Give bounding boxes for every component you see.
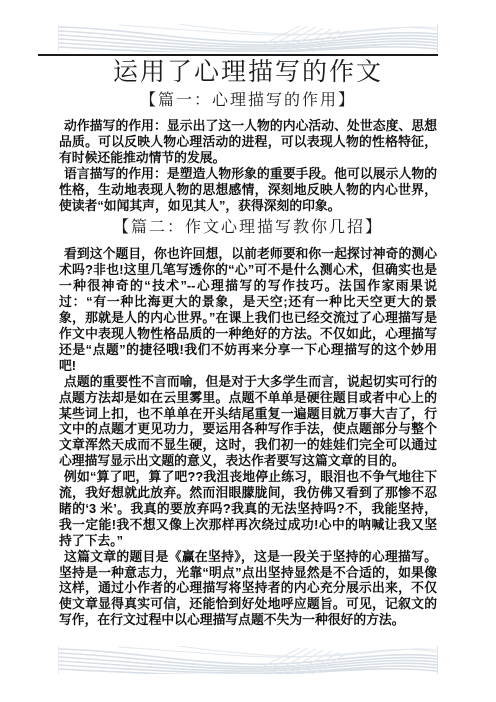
wave-lines-icon [59, 646, 437, 674]
header-rule [38, 54, 438, 56]
paragraph-intro: 看到这个题目，你也许回想，以前老师要和你一起探讨神奇的测心术吗?非也!这里几笔写… [59, 246, 437, 373]
document-title: 运用了心理描写的作文 [59, 57, 437, 89]
paragraph-speech-description: 语言描写的作用：是塑造人物形象的重要手段。他可以展示人物的性格，生动地表现人物的… [59, 166, 437, 214]
header-wave-decoration [58, 24, 438, 52]
paragraph-example-quote: 例如“算了吧，算了吧??我沮丧地停止练习，眼泪也不争气地往下流，我好想就此放弃。… [59, 469, 437, 549]
document-page: 运用了心理描写的作文 【篇一：心理描写的作用】 动作描写的作用：显示出了这一人物… [0, 0, 496, 702]
section1-heading: 【篇一：心理描写的作用】 [59, 90, 437, 112]
document-content: 运用了心理描写的作文 【篇一：心理描写的作用】 动作描写的作用：显示出了这一人物… [59, 57, 437, 628]
paragraph-action-description: 动作描写的作用：显示出了这一人物的内心活动、处世态度、思想品质。可以反映人物心理… [59, 118, 437, 166]
paragraph-diantí-importance: 点题的重要性不言而喻，但是对于大多学生而言，说起切实可行的点题方法却是如在云里雾… [59, 374, 437, 469]
paragraph-conclusion: 这篇文章的题目是《赢在坚持》，这是一段关于坚持的心理描写。坚持是一种意志力，光靠… [59, 549, 437, 629]
wave-lines-icon [59, 24, 437, 52]
footer-wave-decoration [58, 646, 438, 674]
document-body: 动作描写的作用：显示出了这一人物的内心活动、处世态度、思想品质。可以反映人物心理… [59, 118, 437, 628]
section2-heading: 【篇二：作文心理描写教你几招】 [59, 217, 437, 239]
